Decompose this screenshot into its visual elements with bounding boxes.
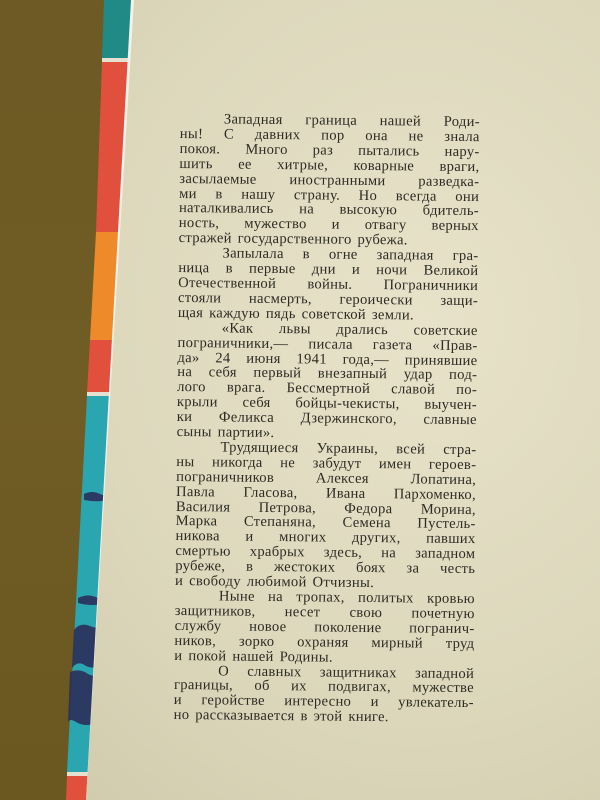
- paragraph: О славных защитниках западнойграницы, об…: [174, 664, 475, 727]
- paragraph: Ныне на тропах, политых кровьюзащитников…: [174, 589, 475, 667]
- text-line: но рассказывается в этой книге.: [174, 708, 474, 726]
- paragraph: Запылала в огне западная гра-ница в перв…: [178, 246, 479, 324]
- paragraph: Западная граница нашей Роди-ны! С давних…: [179, 112, 480, 249]
- page-text: Западная граница нашей Роди-ны! С давних…: [174, 112, 480, 726]
- paragraph: «Как львы дрались советскиепограничники,…: [177, 321, 478, 443]
- paragraph: Трудящиеся Украины, всей стра-ны никогда…: [175, 440, 477, 592]
